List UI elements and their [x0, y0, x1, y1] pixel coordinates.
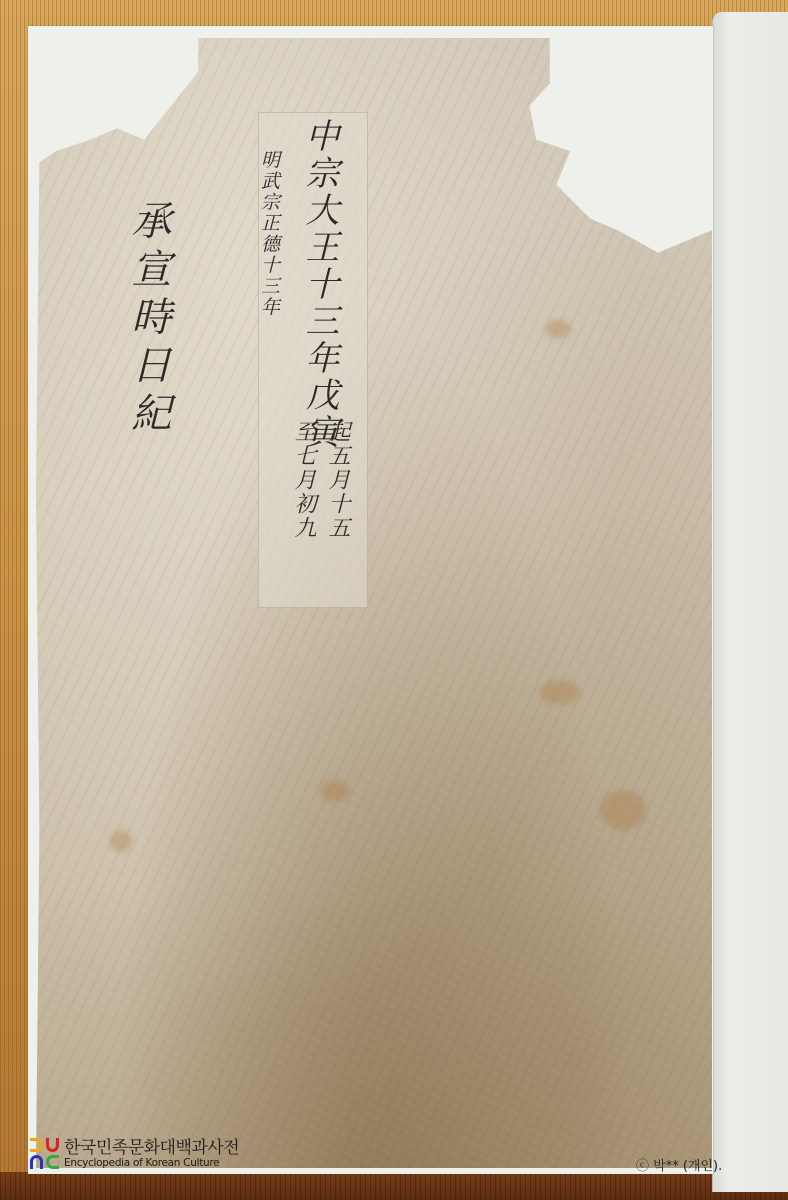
stain: [600, 790, 646, 830]
stain: [540, 680, 580, 704]
watermark-korean: 한국민족문화대백과사전: [64, 1140, 239, 1157]
label-main-line: 中宗大王十三年戊寅: [302, 118, 336, 451]
stain: [110, 830, 132, 852]
stain: [545, 320, 571, 338]
document-title: 承宣時日紀: [128, 200, 168, 440]
right-page-edge: [712, 12, 788, 1192]
label-side-line: 明武宗正德十三年: [256, 150, 283, 318]
watermark-english: Encyclopedia of Korean Culture: [64, 1158, 239, 1169]
label-date-to: 至七月初九: [288, 420, 319, 540]
wooden-floor-strip: [0, 1172, 788, 1200]
encyclopedia-watermark: 한국민족문화대백과사전 Encyclopedia of Korean Cultu…: [30, 1138, 239, 1170]
encyclopedia-logo-icon: [30, 1138, 60, 1170]
stain: [320, 780, 350, 802]
label-date-from: 起五月十五: [322, 420, 353, 540]
copyright-credit: ⓒ 박** (개인).: [636, 1155, 722, 1174]
